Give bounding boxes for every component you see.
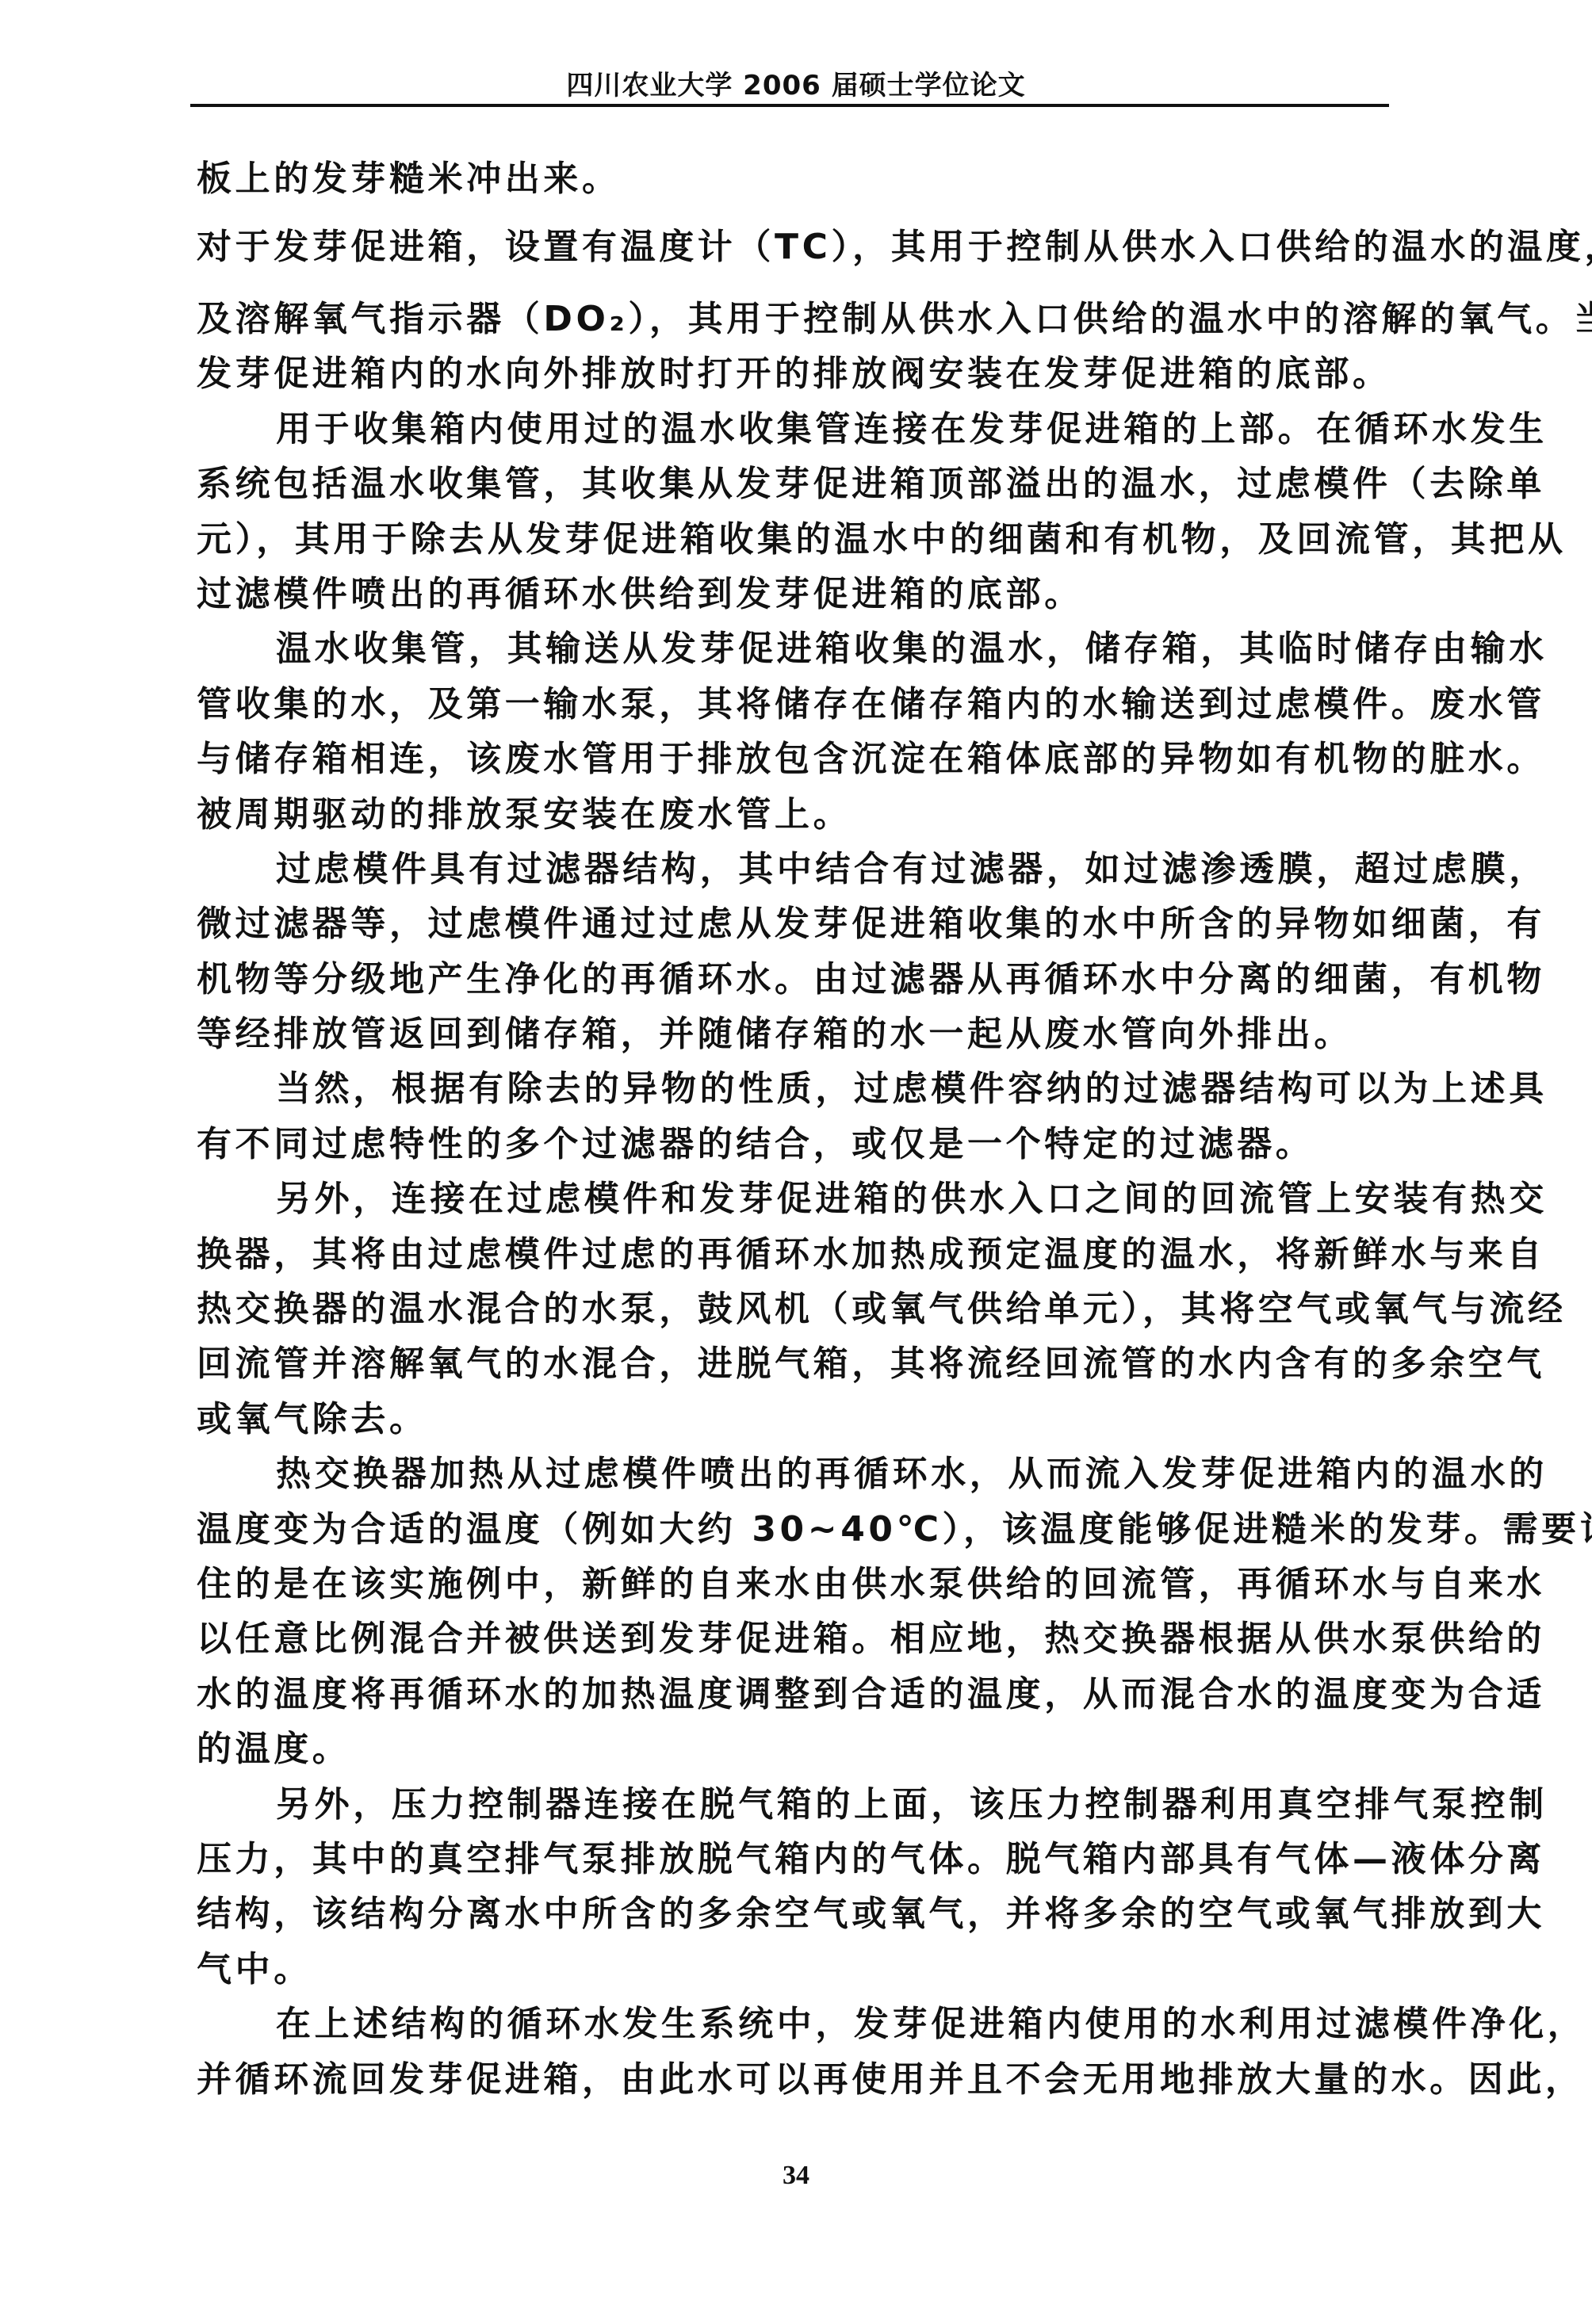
text-line: 等经排放管返回到储存箱，并随储存箱的水一起从废水管向外排出。 bbox=[197, 1007, 1386, 1061]
text-line: 以任意比例混合并被供送到发芽促进箱。相应地，热交换器根据从供水泵供给的 bbox=[197, 1611, 1386, 1666]
text-line: 在上述结构的循环水发生系统中，发芽促进箱内使用的水利用过滤模件净化， bbox=[197, 1997, 1386, 2051]
text-line: 被周期驱动的排放泵安装在废水管上。 bbox=[197, 787, 1386, 842]
text-line: 发芽促进箱内的水向外排放时打开的排放阀安装在发芽促进箱的底部。 bbox=[197, 346, 1386, 401]
text-line: 板上的发芽糙米冲出来。 bbox=[197, 155, 1386, 203]
text-line: 用于收集箱内使用过的温水收集管连接在发芽促进箱的上部。在循环水发生 bbox=[197, 402, 1386, 457]
text-line: 回流管并溶解氧气的水混合，进脱气箱，其将流经回流管的水内含有的多余空气 bbox=[197, 1336, 1386, 1391]
text-line: 的温度。 bbox=[197, 1722, 1386, 1776]
text-line: 另外，压力控制器连接在脱气箱的上面，该压力控制器利用真空排气泵控制 bbox=[197, 1777, 1386, 1832]
text-line: 微过滤器等，过虑模件通过过虑从发芽促进箱收集的水中所含的异物如细菌，有 bbox=[197, 896, 1386, 951]
text-line: 机物等分级地产生净化的再循环水。由过滤器从再循环水中分离的细菌，有机物 bbox=[197, 952, 1386, 1007]
text-line: 系统包括温水收集管，其收集从发芽促进箱顶部溢出的温水，过虑模件（去除单 bbox=[197, 457, 1386, 511]
running-header: 四川农业大学 2006 届硕士学位论文 bbox=[0, 70, 1592, 101]
text-line: 热交换器的温水混合的水泵，鼓风机（或氧气供给单元），其将空气或氧气与流经 bbox=[197, 1282, 1386, 1336]
text-line: 对于发芽促进箱，设置有温度计（TC），其用于控制从供水入口供给的温水的温度， bbox=[197, 203, 1386, 292]
text-line: 结构，该结构分离水中所含的多余空气或氧气，并将多余的空气或氧气排放到大 bbox=[197, 1886, 1386, 1941]
text-line: 住的是在该实施例中，新鲜的自来水由供水泵供给的回流管，再循环水与自来水 bbox=[197, 1557, 1386, 1611]
text-line: 过滤模件喷出的再循环水供给到发芽促进箱的底部。 bbox=[197, 567, 1386, 621]
text-line: 热交换器加热从过虑模件喷出的再循环水，从而流入发芽促进箱内的温水的 bbox=[197, 1447, 1386, 1501]
text-line: 气中。 bbox=[197, 1942, 1386, 1997]
text-line: 另外，连接在过虑模件和发芽促进箱的供水入口之间的回流管上安装有热交 bbox=[197, 1172, 1386, 1226]
text-line: 压力，其中的真空排气泵排放脱气箱内的气体。脱气箱内部具有气体—液体分离 bbox=[197, 1832, 1386, 1886]
page-number: 34 bbox=[0, 2161, 1592, 2191]
text-line: 温水收集管，其输送从发芽促进箱收集的温水，储存箱，其临时储存由输水 bbox=[197, 621, 1386, 676]
text-line: 及溶解氧气指示器（DO₂），其用于控制从供水入口供给的温水中的溶解的氧气。当 bbox=[197, 292, 1386, 346]
header-rule bbox=[190, 104, 1389, 107]
text-line: 或氧气除去。 bbox=[197, 1392, 1386, 1447]
text-line: 水的温度将再循环水的加热温度调整到合适的温度，从而混合水的温度变为合适 bbox=[197, 1667, 1386, 1722]
text-line: 过虑模件具有过滤器结构，其中结合有过滤器，如过滤渗透膜，超过虑膜， bbox=[197, 842, 1386, 896]
text-line: 管收集的水，及第一输水泵，其将储存在储存箱内的水输送到过虑模件。废水管 bbox=[197, 677, 1386, 732]
text-line: 元），其用于除去从发芽促进箱收集的温水中的细菌和有机物，及回流管，其把从 bbox=[197, 512, 1386, 567]
text-line: 与储存箱相连，该废水管用于排放包含沉淀在箱体底部的异物如有机物的脏水。 bbox=[197, 732, 1386, 786]
text-line: 有不同过虑特性的多个过滤器的结合，或仅是一个特定的过滤器。 bbox=[197, 1117, 1386, 1172]
text-line: 当然，根据有除去的异物的性质，过虑模件容纳的过滤器结构可以为上述具 bbox=[197, 1061, 1386, 1116]
text-line: 换器，其将由过虑模件过虑的再循环水加热成预定温度的温水，将新鲜水与来自 bbox=[197, 1227, 1386, 1282]
text-line: 并循环流回发芽促进箱，由此水可以再使用并且不会无用地排放大量的水。因此， bbox=[197, 2052, 1386, 2107]
text-line: 温度变为合适的温度（例如大约 30~40℃），该温度能够促进糙米的发芽。需要记 bbox=[197, 1502, 1386, 1557]
body-text: 板上的发芽糙米冲出来。 对于发芽促进箱，设置有温度计（TC），其用于控制从供水入… bbox=[197, 155, 1386, 2107]
